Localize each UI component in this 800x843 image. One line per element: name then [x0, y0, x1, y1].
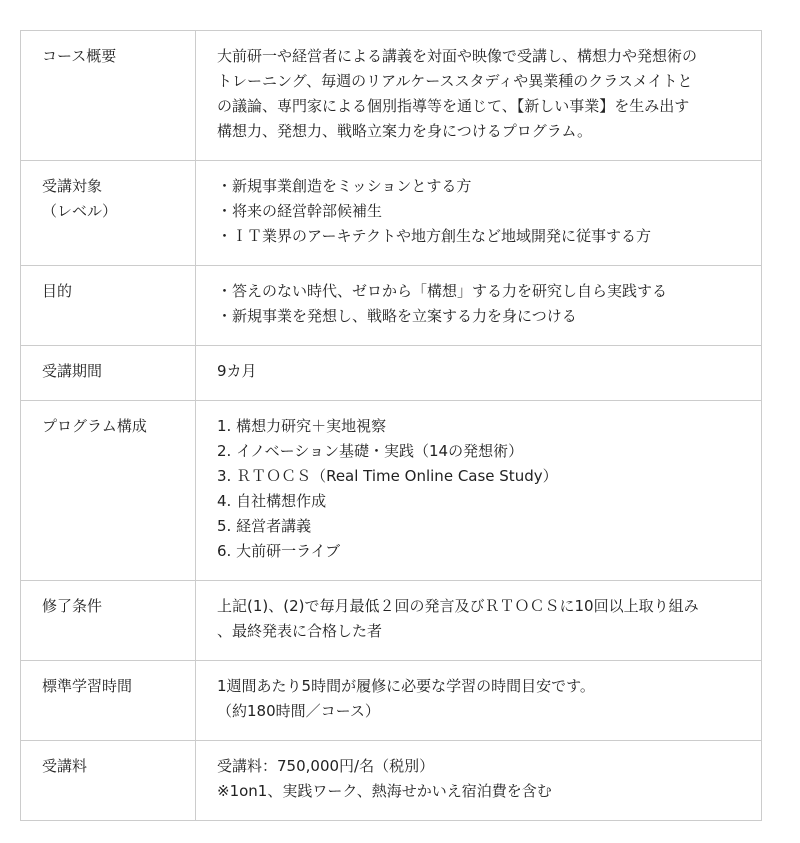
- label-completion-requirements: 修了条件: [42, 594, 175, 619]
- row-value: 9カ月: [196, 346, 762, 401]
- row-label: コース概要: [21, 31, 196, 161]
- target-list-item: ・新規事業創造をミッションとする方: [217, 174, 739, 199]
- program-list-item: 6. 大前研一ライブ: [217, 539, 739, 564]
- row-value: ・新規事業創造をミッションとする方 ・将来の経営幹部候補生 ・ＩＴ業界のアーキテ…: [196, 161, 762, 266]
- program-list-item: 1. 構想力研究＋実地視察: [217, 414, 739, 439]
- row-completion-requirements: 修了条件 上記(1)、(2)で毎月最低２回の発言及びＲＴＯＣＳに10回以上取り組…: [21, 581, 762, 661]
- row-label: 修了条件: [21, 581, 196, 661]
- label-target-audience: 受講対象: [42, 174, 175, 199]
- program-list-item: 2. イノベーション基礎・実践（14の発想術）: [217, 439, 739, 464]
- row-value: ・答えのない時代、ゼロから「構想」する力を研究し自ら実践する ・新規事業を発想し…: [196, 266, 762, 346]
- label-tuition-fee: 受講料: [42, 754, 175, 779]
- program-list-item: 4. 自社構想作成: [217, 489, 739, 514]
- overview-text-line: トレーニング、毎週のリアルケーススタディや異業種のクラスメイトと: [217, 69, 739, 94]
- row-purpose: 目的 ・答えのない時代、ゼロから「構想」する力を研究し自ら実践する ・新規事業を…: [21, 266, 762, 346]
- row-label: 受講料: [21, 741, 196, 821]
- row-value: 受講料：750,000円/名（税別） ※1on1、実践ワーク、熱海せかいえ宿泊費…: [196, 741, 762, 821]
- completion-text-line: 、最終発表に合格した者: [217, 619, 739, 644]
- row-tuition-fee: 受講料 受講料：750,000円/名（税別） ※1on1、実践ワーク、熱海せかい…: [21, 741, 762, 821]
- row-value: 上記(1)、(2)で毎月最低２回の発言及びＲＴＯＣＳに10回以上取り組み 、最終…: [196, 581, 762, 661]
- row-target-audience: 受講対象 （レベル） ・新規事業創造をミッションとする方 ・将来の経営幹部候補生…: [21, 161, 762, 266]
- row-label: プログラム構成: [21, 401, 196, 581]
- row-value: 1週間あたり5時間が履修に必要な学習の時間目安です。 （約180時間／コース）: [196, 661, 762, 741]
- row-value: 大前研一や経営者による講義を対面や映像で受講し、構想力や発想術の トレーニング、…: [196, 31, 762, 161]
- label-program-structure: プログラム構成: [42, 414, 175, 439]
- course-details-table: コース概要 大前研一や経営者による講義を対面や映像で受講し、構想力や発想術の ト…: [20, 30, 762, 821]
- row-course-overview: コース概要 大前研一や経営者による講義を対面や映像で受講し、構想力や発想術の ト…: [21, 31, 762, 161]
- target-list-item: ・ＩＴ業界のアーキテクトや地方創生など地域開発に従事する方: [217, 224, 739, 249]
- row-value: 1. 構想力研究＋実地視察 2. イノベーション基礎・実践（14の発想術） 3.…: [196, 401, 762, 581]
- label-standard-study-hours: 標準学習時間: [42, 674, 175, 699]
- label-target-level: （レベル）: [42, 199, 175, 224]
- purpose-list-item: ・答えのない時代、ゼロから「構想」する力を研究し自ら実践する: [217, 279, 739, 304]
- overview-text-line: 構想力、発想力、戦略立案力を身につけるプログラム。: [217, 119, 739, 144]
- row-label: 受講期間: [21, 346, 196, 401]
- row-course-period: 受講期間 9カ月: [21, 346, 762, 401]
- label-course-overview: コース概要: [42, 44, 175, 69]
- tuition-fee-note: ※1on1、実践ワーク、熱海せかいえ宿泊費を含む: [217, 779, 739, 804]
- study-hours-text-line: 1週間あたり5時間が履修に必要な学習の時間目安です。: [217, 674, 739, 699]
- label-course-period: 受講期間: [42, 359, 175, 384]
- tuition-fee-amount: 受講料：750,000円/名（税別）: [217, 754, 739, 779]
- row-label: 受講対象 （レベル）: [21, 161, 196, 266]
- program-list-item: 3. ＲＴＯＣＳ（Real Time Online Case Study）: [217, 464, 739, 489]
- study-hours-text-line: （約180時間／コース）: [217, 699, 739, 724]
- program-list-item: 5. 経営者講義: [217, 514, 739, 539]
- row-label: 標準学習時間: [21, 661, 196, 741]
- overview-text-line: の議論、専門家による個別指導等を通じて、【新しい事業】を生み出す: [217, 94, 739, 119]
- overview-text-line: 大前研一や経営者による講義を対面や映像で受講し、構想力や発想術の: [217, 44, 739, 69]
- row-program-structure: プログラム構成 1. 構想力研究＋実地視察 2. イノベーション基礎・実践（14…: [21, 401, 762, 581]
- completion-text-line: 上記(1)、(2)で毎月最低２回の発言及びＲＴＯＣＳに10回以上取り組み: [217, 594, 739, 619]
- row-label: 目的: [21, 266, 196, 346]
- target-list-item: ・将来の経営幹部候補生: [217, 199, 739, 224]
- course-period-value: 9カ月: [217, 359, 739, 384]
- label-purpose: 目的: [42, 279, 175, 304]
- purpose-list-item: ・新規事業を発想し、戦略を立案する力を身につける: [217, 304, 739, 329]
- row-standard-study-hours: 標準学習時間 1週間あたり5時間が履修に必要な学習の時間目安です。 （約180時…: [21, 661, 762, 741]
